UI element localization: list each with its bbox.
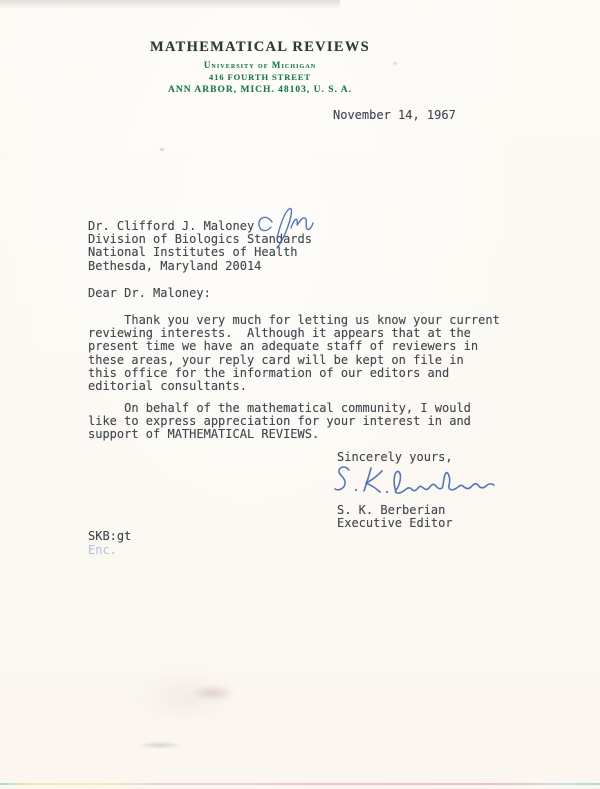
letterhead-org-name: MATHEMATICAL REVIEWS <box>60 39 460 56</box>
paper-speck <box>160 148 164 151</box>
salutation: Dear Dr. Maloney: <box>88 287 211 300</box>
faint-smudge <box>138 742 182 748</box>
sender-typed-title: Executive Editor <box>337 517 453 530</box>
letterhead-city-address: ANN ARBOR, MICH. 48103, U. S. A. <box>60 85 460 95</box>
handwritten-signature <box>330 460 510 506</box>
letterhead-institution: University of Michigan <box>60 60 460 70</box>
text-line: present time we have an adequate staff o… <box>88 340 500 353</box>
faint-smudge <box>192 686 234 700</box>
letterhead: MATHEMATICAL REVIEWS University of Michi… <box>60 39 460 95</box>
enclosure-note: Enc. <box>88 544 117 557</box>
text-line: these areas, your reply card will be kep… <box>88 354 500 367</box>
text-line: editorial consultants. <box>88 380 500 393</box>
scanned-letter-page: MATHEMATICAL REVIEWS University of Michi… <box>0 0 600 789</box>
text-line: Bethesda, Maryland 20014 <box>88 260 312 273</box>
typist-reference-initials: SKB:gt <box>88 530 131 543</box>
letterhead-street-address: 416 FOURTH STREET <box>60 72 460 82</box>
scan-edge-shading <box>0 0 340 9</box>
scan-edge-artifact <box>0 783 600 785</box>
handwritten-initials-annotation <box>251 205 315 253</box>
body-paragraph-2: On behalf of the mathematical community,… <box>88 402 471 442</box>
body-paragraph-1: Thank you very much for letting us know … <box>88 314 500 393</box>
text-line: support of MATHEMATICAL REVIEWS. <box>88 428 471 441</box>
date-line: November 14, 1967 <box>333 109 456 122</box>
